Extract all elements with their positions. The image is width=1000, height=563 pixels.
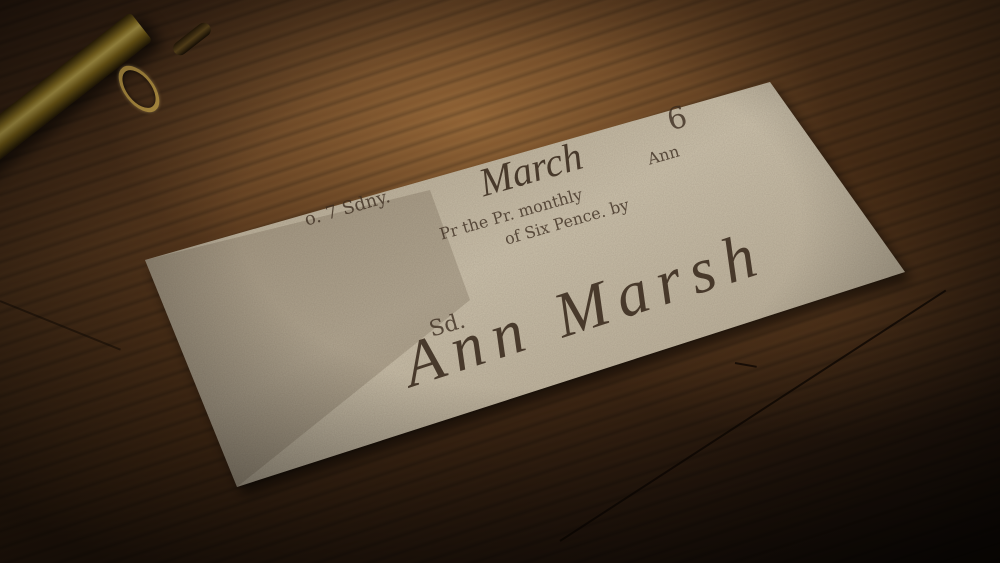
- vignette: [0, 0, 1000, 563]
- photo-scene: 6 March o. 7 Sdny. Ann Pr the Pr. monthl…: [0, 0, 1000, 563]
